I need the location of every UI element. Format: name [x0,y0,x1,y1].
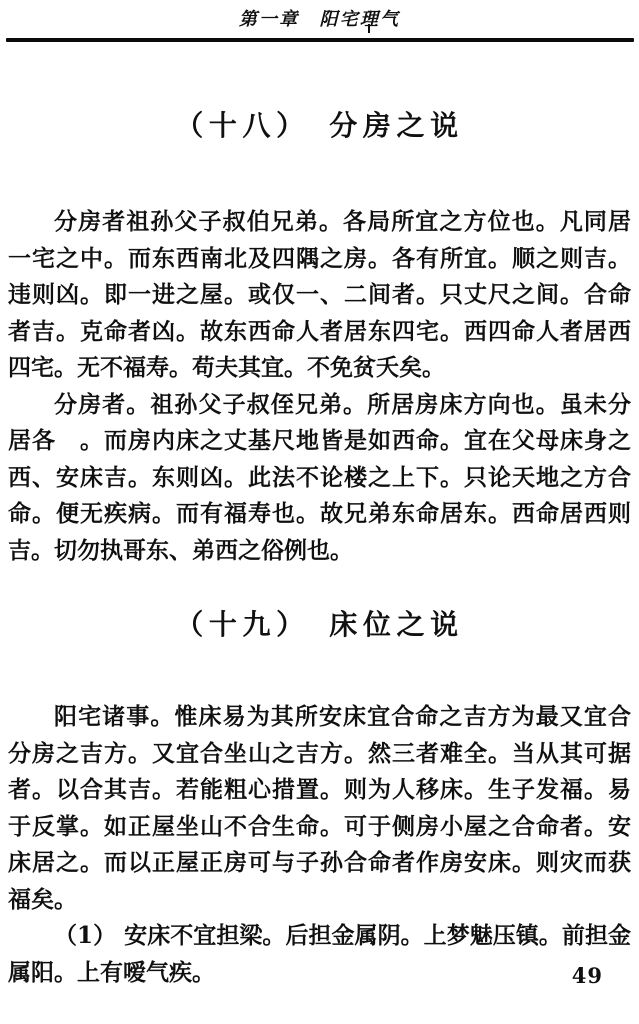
text-line: 命。便无疾病。而有福寿也。故兄弟东命居东。西命居西则 [8,496,631,533]
text-line: 吉。切勿执哥东、弟西之俗例也。 [8,533,631,570]
paragraph: （1） 安床不宜担梁。后担金属阴。上梦魅压镇。前担金 属阳。上有嗳气疾。 [8,918,631,991]
header-divider-rule [6,38,634,42]
section-18-body: 分房者祖孙父子叔伯兄弟。各局所宜之方位也。凡同居 一宅之中。而东西南北及四隅之房… [8,204,631,569]
section-heading-19: （十九） 床位之说 [0,603,639,647]
page-number: 49 [572,963,603,988]
text-line: 者吉。克命者凶。故东西命人者居东四宅。西四命人者居西 [8,314,631,351]
text-line: 违则凶。即一进之屋。或仅一、二间者。只丈尺之间。合命 [8,277,631,314]
text-line: 一宅之中。而东西南北及四隅之房。各有所宜。顺之则吉。 [8,241,631,278]
text-line: 西、安床吉。东则凶。此法不论楼之上下。只论天地之方合 [8,460,631,497]
section-heading-18: （十八） 分房之说 [0,104,639,148]
text-line: 属阳。上有嗳气疾。 [8,955,631,992]
scan-artifact-tick [368,24,370,33]
text-line: 分房之吉方。又宜合坐山之吉方。然三者难全。当从其可据 [8,736,631,773]
book-page: 第一章 阳宅理气 （十八） 分房之说 分房者祖孙父子叔伯兄弟。各局所宜之方位也。… [0,0,639,1024]
text-line: 者。以合其吉。若能粗心措置。则为人移床。生子发福。易 [8,772,631,809]
text-line: 分房者。祖孙父子叔侄兄弟。所居房床方向也。虽未分 [8,387,631,424]
text-line: 分房者祖孙父子叔伯兄弟。各局所宜之方位也。凡同居 [8,204,631,241]
text-line: 于反掌。如正屋坐山不合生命。可于侧房小屋之合命者。安 [8,809,631,846]
running-header: 第一章 阳宅理气 [0,0,639,31]
text-line: （1） 安床不宜担梁。后担金属阴。上梦魅压镇。前担金 [8,918,631,955]
paragraph: 分房者祖孙父子叔伯兄弟。各局所宜之方位也。凡同居 一宅之中。而东西南北及四隅之房… [8,204,631,387]
text-line: 居各 。而房内床之丈基尺地皆是如西命。宜在父母床身之 [8,423,631,460]
text-line: 四宅。无不福寿。苟夫其宜。不免贫夭矣。 [8,350,631,387]
section-19-body: 阳宅诸事。惟床易为其所安床宜合命之吉方为最又宜合 分房之吉方。又宜合坐山之吉方。… [8,699,631,991]
text-line: 阳宅诸事。惟床易为其所安床宜合命之吉方为最又宜合 [8,699,631,736]
text-line: 福矣。 [8,882,631,919]
paragraph: 分房者。祖孙父子叔侄兄弟。所居房床方向也。虽未分 居各 。而房内床之丈基尺地皆是… [8,387,631,570]
text-line: 床居之。而以正屋正房可与子孙合命者作房安床。则灾而获 [8,845,631,882]
paragraph: 阳宅诸事。惟床易为其所安床宜合命之吉方为最又宜合 分房之吉方。又宜合坐山之吉方。… [8,699,631,918]
